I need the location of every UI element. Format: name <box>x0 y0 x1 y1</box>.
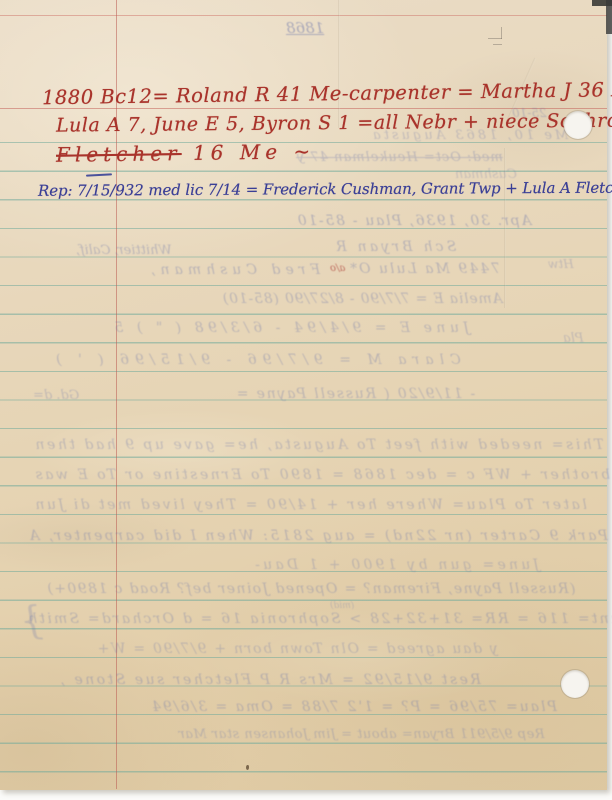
bleedthrough-text: O Park 9 Carter (nr 22nd) = aug 2815: Wh… <box>27 528 612 544</box>
bleedthrough-text: June E = 9/4/94 - 6/3/98 ( " ) 5 <box>110 320 469 336</box>
bleedthrough-text: Apr. 30, 1936, Plau - 85-10 <box>296 213 532 229</box>
bleedthrough-text: Sch Bryan R <box>333 239 456 255</box>
green-ruled-lines <box>0 142 607 788</box>
bleedthrough-text: a/o <box>330 263 345 274</box>
bleedthrough-text: Me 10, 1863 Augusta <box>370 128 568 143</box>
bleedthrough-text: 7449 Ma Lulu O* <box>348 261 500 277</box>
bleedthrough-text: (1890 Count= 116 = RR= 31+32+28 > Sophro… <box>26 611 612 627</box>
hole-punch-top <box>564 111 592 139</box>
handwriting-red-line-2: Lula A 7, June E 5, Byron S 1 =all Nebr … <box>56 109 612 136</box>
bleedthrough-text: y dau agreed = Oln Town born + 9/7/90 = … <box>96 641 498 657</box>
hole-punch-bottom <box>561 670 589 698</box>
bleedthrough-text: Fred Cushman, <box>146 262 320 278</box>
bleedthrough-text: This= needed with feet To Augusta, he= g… <box>33 437 604 453</box>
red-rule-top <box>0 15 607 16</box>
pencil-mark <box>501 27 502 39</box>
ink-speck <box>246 765 249 770</box>
paper-crease <box>504 148 506 308</box>
bleedthrough-text: Rest 9/15/92 = Mrs R P Fletcher sue Ston… <box>58 672 481 688</box>
handwriting-red-line-3: Fletcher 16 Me ~ <box>56 139 316 167</box>
red-margin-line <box>116 0 117 789</box>
bleedthrough-text: Gd. d= <box>33 388 79 403</box>
bleedthrough-text: brother + WF c = dec 1868 = 1890 To Erne… <box>33 467 610 483</box>
scanned-paper-sheet: 186825-10Me 10, 1863 Augustamed: Oct= He… <box>0 0 607 790</box>
blue-underline-mark <box>86 173 112 177</box>
bleedthrough-text: Plau= 75/96 = P? = 1'2 7/88 = Oma = 3/6/… <box>150 699 557 715</box>
bleedthrough-text: Pla <box>563 331 584 346</box>
handwriting-red-line-1: 1880 Bc12= Roland R 41 Me-carpenter = Ma… <box>42 78 612 109</box>
bleedthrough-layer: 186825-10Me 10, 1863 Augustamed: Oct= He… <box>0 0 607 790</box>
red-rule-header <box>0 108 607 109</box>
handwriting-blue-line-1: Rep: 7/15/932 med lic 7/14 = Frederick C… <box>38 178 612 199</box>
bleedthrough-text: Cushman <box>455 167 517 182</box>
bleedthrough-text: (Russell Payne, Fireman? = Opened Joiner… <box>46 581 576 597</box>
scan-edge-artifact <box>606 0 612 34</box>
bleedthrough-text: 1868 <box>286 19 324 37</box>
struck-word: Fletcher <box>56 141 182 167</box>
bleedthrough-text: June= gun by 1900 + 1 Dau- <box>252 557 539 573</box>
bleedthrough-text: Clara M = 9/7/96 - 9/15/96 ( ' ) <box>50 352 461 368</box>
paper-crease <box>506 58 536 123</box>
bleedthrough-text: } <box>20 598 44 642</box>
bleedthrough-text: med: Oct= Heukelman 47 y <box>296 150 503 165</box>
bleedthrough-text: Whittier, Calif, <box>76 243 172 258</box>
bleedthrough-text: Htw <box>548 257 574 271</box>
bleedthrough-text: - 11/9/20 ( Russell Payne = <box>235 386 475 402</box>
pencil-mark <box>488 38 502 39</box>
handwriting-layer: 1880 Bc12= Roland R 41 Me-carpenter = Ma… <box>0 0 607 790</box>
handwriting-red-line-3-rest: 16 Me ~ <box>181 139 315 165</box>
pencil-mark <box>493 44 502 45</box>
bleedthrough-text: (mid) <box>330 601 354 611</box>
bleedthrough-text: Rep 9/5/911 Bryan= about = Jim Johansen … <box>178 727 545 742</box>
bleedthrough-text: Amelia E = 7/7/90 - 8/27/90 (85-10) <box>222 291 503 307</box>
